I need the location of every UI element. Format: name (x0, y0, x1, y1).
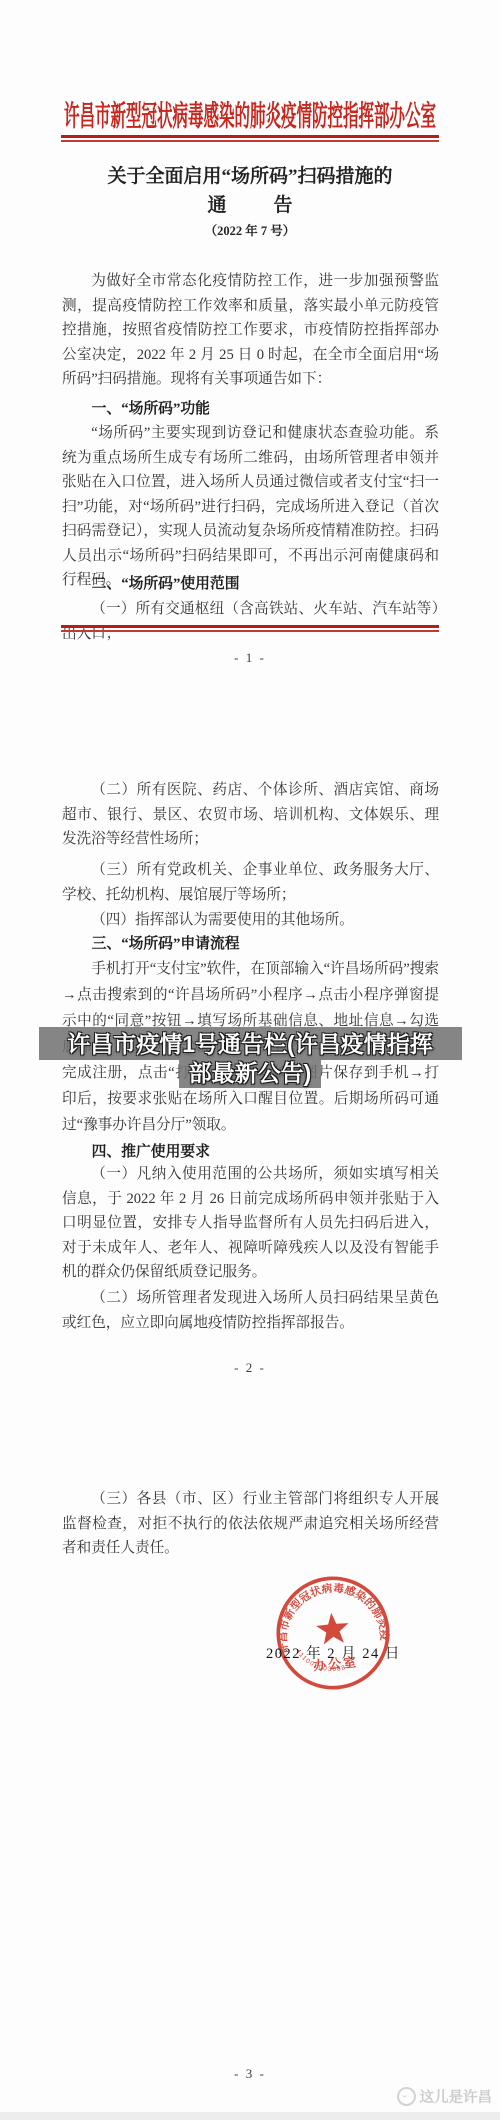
section2-item-2: （二）所有医院、药店、个体诊所、酒店宾馆、商场超市、银行、景区、农贸市场、培训机… (62, 778, 439, 852)
section3-heading: 三、“场所码”申请流程 (62, 932, 439, 953)
section4-item-1: （一）凡纳入使用范围的公共场所，须如实填写相关信息，于 2022 年 2 月 2… (62, 1162, 439, 1285)
publisher-watermark: 这儿是许昌 (397, 2086, 493, 2107)
section2-item-3: （三）所有党政机关、企事业单位、政务服务大厅、学校、托幼机构、展馆展厅等场所； (62, 858, 439, 907)
section1-paragraph: “场所码”主要实现到访登记和健康状态查验功能。系统为重点场所生成专有场所二维码，… (62, 421, 439, 593)
section2-item-1: （一）所有交通枢纽（含高铁站、火车站、汽车站等）出入口； (62, 597, 439, 646)
issue-date: 2022 年 2 月 24 日 (266, 1642, 401, 1663)
seal-star-icon (315, 1611, 350, 1645)
section2-heading: 二、“场所码”使用范围 (62, 572, 439, 593)
section4-item-2: （二）场所管理者发现进入场所人员扫码结果呈黄色或红色，应立即向属地疫情防控指挥部… (62, 1286, 439, 1335)
publisher-watermark-text: 这儿是许昌 (420, 2086, 493, 2107)
page1-number: - 1 - (0, 650, 500, 666)
notice-article: 许昌市新型冠状病毒感染的肺炎疫情防控指挥部办公室 关于全面启用“场所码”扫码措施… (0, 0, 500, 2120)
section2-item-4: （四）指挥部认为需要使用的其他场所。 (62, 908, 439, 933)
overlay-headline-line2: 部最新公告) (179, 1060, 322, 1088)
section4-item-3: （三）各县（市、区）行业主管部门将组织专人开展监督检查，对拒不执行的依法依规严肃… (62, 1487, 439, 1561)
page3-number: - 3 - (0, 2066, 500, 2082)
overlay-headline-line1: 许昌市疫情1号通告栏(许昌疫情指挥 (39, 1027, 462, 1060)
site-headline-overlay: 许昌市疫情1号通告栏(许昌疫情指挥 部最新公告) (0, 1027, 500, 1088)
doc-title-line2: 通 告 (0, 190, 500, 217)
section1-heading: 一、“场所码”功能 (62, 397, 439, 418)
bottom-edge-shade (0, 2112, 500, 2120)
letterhead-org-title: 许昌市新型冠状病毒感染的肺炎疫情防控指挥部办公室 (50, 94, 450, 135)
page1-footer-divider (61, 625, 439, 632)
doc-title-line1: 关于全面启用“场所码”扫码措施的 (0, 161, 500, 188)
doc-number: （2022 年 7 号） (0, 221, 500, 239)
official-seal-stamp: 许昌市新型冠状病毒感染的肺炎疫情防控指挥部 办公室 4110020036881 (269, 1569, 397, 1697)
page2-number: - 2 - (0, 1360, 500, 1376)
section4-heading: 四、推广使用要求 (62, 1140, 439, 1161)
letterhead-divider (61, 135, 439, 142)
intro-paragraph: 为做好全市常态化疫情防控工作，进一步加强预警监测，提高疫情防控工作效率和质量，落… (62, 269, 439, 392)
publisher-logo-icon (397, 2087, 416, 2106)
